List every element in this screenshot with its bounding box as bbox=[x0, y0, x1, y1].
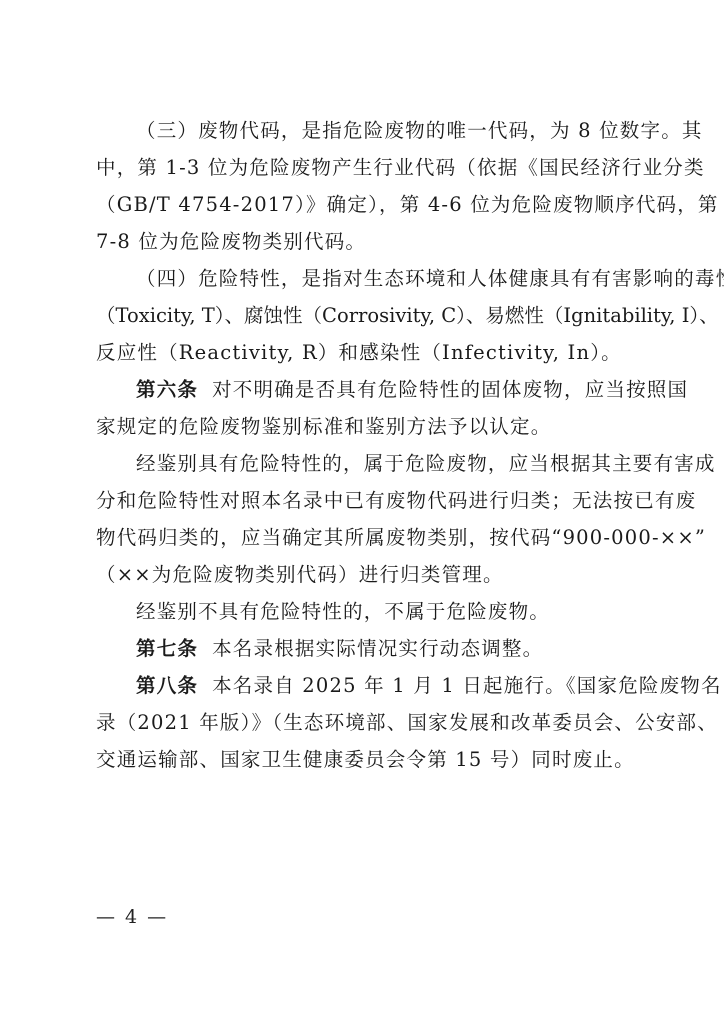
page-number: — 4 — bbox=[96, 906, 168, 928]
text-line: （GB/T 4754-2017）》确定），第 4-6 位为危险废物顺序代码，第 bbox=[96, 186, 632, 223]
paragraph-article-8: 第八条本名录自 2025 年 1 月 1 日起施行。《国家危险废物名 录（202… bbox=[96, 667, 632, 778]
text-line: 第六条对不明确是否具有危险特性的固体废物，应当按照国 bbox=[96, 371, 632, 408]
text-line: 第八条本名录自 2025 年 1 月 1 日起施行。《国家危险废物名 bbox=[96, 667, 632, 704]
paragraph-item-4: （四）危险特性，是指对生态环境和人体健康具有有害影响的毒性 （Toxicity,… bbox=[96, 260, 632, 371]
text-line: 物代码归类的，应当确定其所属废物类别，按代码“900-000-××” bbox=[96, 519, 632, 556]
text-line: 7-8 位为危险废物类别代码。 bbox=[96, 223, 632, 260]
text-line: 第七条本名录根据实际情况实行动态调整。 bbox=[96, 630, 632, 667]
article-heading: 第八条 bbox=[136, 674, 198, 697]
document-page: （三）废物代码，是指危险废物的唯一代码，为 8 位数字。其 中，第 1-3 位为… bbox=[96, 112, 632, 778]
text-line: （三）废物代码，是指危险废物的唯一代码，为 8 位数字。其 bbox=[96, 112, 632, 149]
paragraph-article-7: 第七条本名录根据实际情况实行动态调整。 bbox=[96, 630, 632, 667]
text-line: 交通运输部、国家卫生健康委员会令第 15 号）同时废止。 bbox=[96, 741, 632, 778]
article-heading: 第七条 bbox=[136, 637, 198, 660]
text-line: 经鉴别具有危险特性的，属于危险废物，应当根据其主要有害成 bbox=[96, 445, 632, 482]
text-line: （四）危险特性，是指对生态环境和人体健康具有有害影响的毒性 bbox=[96, 260, 632, 297]
text-line: （××为危险废物类别代码）进行归类管理。 bbox=[96, 556, 632, 593]
text-line: 分和危险特性对照本名录中已有废物代码进行归类；无法按已有废 bbox=[96, 482, 632, 519]
paragraph-article-6-p2: 经鉴别具有危险特性的，属于危险废物，应当根据其主要有害成 分和危险特性对照本名录… bbox=[96, 445, 632, 593]
text-line: 经鉴别不具有危险特性的，不属于危险废物。 bbox=[96, 593, 632, 630]
text-line: 家规定的危险废物鉴别标准和鉴别方法予以认定。 bbox=[96, 408, 632, 445]
text-line: （Toxicity, T）、腐蚀性（Corrosivity, C）、易燃性（Ig… bbox=[96, 297, 632, 334]
article-text: 本名录自 2025 年 1 月 1 日起施行。《国家危险废物名 bbox=[212, 674, 722, 697]
article-heading: 第六条 bbox=[136, 378, 198, 401]
paragraph-article-6-p3: 经鉴别不具有危险特性的，不属于危险废物。 bbox=[96, 593, 632, 630]
paragraph-item-3: （三）废物代码，是指危险废物的唯一代码，为 8 位数字。其 中，第 1-3 位为… bbox=[96, 112, 632, 260]
text-line: 中，第 1-3 位为危险废物产生行业代码（依据《国民经济行业分类 bbox=[96, 149, 632, 186]
text-line: 录（2021 年版）》（生态环境部、国家发展和改革委员会、公安部、 bbox=[96, 704, 632, 741]
article-text: 本名录根据实际情况实行动态调整。 bbox=[212, 637, 543, 660]
text-line: 反应性（Reactivity, R）和感染性（Infectivity, In）。 bbox=[96, 334, 632, 371]
paragraph-article-6: 第六条对不明确是否具有危险特性的固体废物，应当按照国 家规定的危险废物鉴别标准和… bbox=[96, 371, 632, 445]
article-text: 对不明确是否具有危险特性的固体废物，应当按照国 bbox=[212, 378, 688, 401]
